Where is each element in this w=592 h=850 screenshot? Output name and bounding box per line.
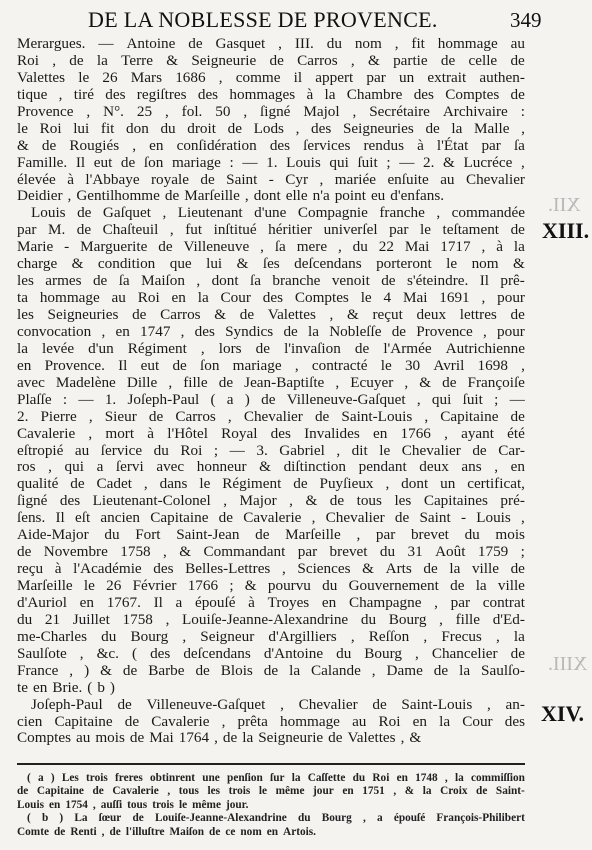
text-line: avecMadelèneDille,filledeJean-Baptiſte,E… bbox=[17, 375, 525, 392]
text-line: 2.Pierre,SieurdeCarros,ChevalierdeSaint-… bbox=[17, 409, 525, 426]
bleed-through-label: XII. bbox=[548, 194, 581, 217]
text-line: Famille.Ileutdeſonmariage:—1.Louisquiſui… bbox=[17, 155, 525, 172]
text-line: cienCapitainedeCavalerie,prêtahommageauR… bbox=[17, 714, 525, 731]
text-line: eſtropiéauſerviceduRoi;—3.Gabriel,ditleC… bbox=[17, 443, 525, 460]
footnotes: (a)Lestroisfreresobtinrentunepenſionſurl… bbox=[17, 772, 525, 839]
text-line: convocation,en1747,desSyndicsdelaNobleſſ… bbox=[17, 324, 525, 341]
text-line: deNovembre1758,&Commandantparbrevetdu31A… bbox=[17, 544, 525, 561]
text-line: Valettesle26Mars1686,commeilappertparune… bbox=[17, 70, 525, 87]
text-line: teenBrie.(b) bbox=[17, 680, 525, 697]
text-line: Marſeillele26Février1766;&pourvuduGouver… bbox=[17, 578, 525, 595]
footnote-line: deCapitainedeCavalerie,touslestroislemêm… bbox=[17, 785, 525, 798]
footnote-line: Louisen1754,auſſitoustroislemêmejour. bbox=[17, 799, 525, 812]
book-page: DE LA NOBLESSE DE PROVENCE. 349 Merargue… bbox=[0, 0, 592, 850]
text-line: lesSeigneuriesdeCarros&deValettes,&reçut… bbox=[17, 307, 525, 324]
text-line: leRoiluifitdondudroitdeLods,desSeigneuri… bbox=[17, 121, 525, 138]
text-line: Joſeph-PauldeVilleneuve-Gaſquet,Chevalie… bbox=[17, 697, 525, 714]
text-line: du21Juillet1758,Louiſe-Jeanne-Alexandrin… bbox=[17, 612, 525, 629]
text-line: Deidier,GentilhommedeMarſeille,dontellen… bbox=[17, 188, 525, 205]
text-line: qualitédeCadet,dansleRégimentdePuyſieux,… bbox=[17, 476, 525, 493]
text-line: reçuàl'AcadémiedesBelles-Lettres,Science… bbox=[17, 561, 525, 578]
text-line: ComptesaumoisdeMai1764,delaSeigneuriedeV… bbox=[17, 730, 525, 747]
generation-label-xiii: XIII. bbox=[542, 218, 589, 244]
text-line: tahommageauRoienlaCourdesComptesle4Mai16… bbox=[17, 290, 525, 307]
text-line: charge&conditionquelui&ſesdeſcendansport… bbox=[17, 256, 525, 273]
generation-label-xiv: XIV. bbox=[541, 701, 584, 727]
bleed-through-label: XIII. bbox=[548, 653, 587, 676]
text-line: parM.deChaſteuil,futinſtituéhéritieruniv… bbox=[17, 222, 525, 239]
text-line: ſens.IleſtancienCapitainedeCavalerie,Che… bbox=[17, 510, 525, 527]
footnote-line: ComtedeRenti,del'illuſtreMaiſondecenomen… bbox=[17, 826, 525, 839]
text-line: &deRougiés,enconſidérationdesſervicesren… bbox=[17, 138, 525, 155]
running-head: DE LA NOBLESSE DE PROVENCE. bbox=[88, 7, 438, 33]
text-line: lalevéed'unRégiment,lorsdel'invaſiondel'… bbox=[17, 341, 525, 358]
page-header: DE LA NOBLESSE DE PROVENCE. 349 bbox=[0, 6, 592, 36]
text-line: Provence,N°.25,fol.50,ſignéMajol,Secréta… bbox=[17, 104, 525, 121]
footnote-line: (a)Lestroisfreresobtinrentunepenſionſurl… bbox=[17, 772, 525, 785]
text-line: LouisdeGaſquet,Lieutenantd'uneCompagnief… bbox=[17, 205, 525, 222]
text-line: Cavalerie,mortàl'HôtelRoyaldesInvalidese… bbox=[17, 426, 525, 443]
text-line: ſignédesLieutenant-Colonel,Major,&detous… bbox=[17, 493, 525, 510]
text-line: d'Auriolen1767.IlaépouſéàTroyesenChampag… bbox=[17, 595, 525, 612]
text-line: enProvence.Ileutdeſonmariage,contractéle… bbox=[17, 358, 525, 375]
text-line: Plaſſe:—1.Joſeph-Paul(a)deVilleneuve-Gaſ… bbox=[17, 392, 525, 409]
text-line: Aide-MajorduFortSaint-JeandeMarſeille,pa… bbox=[17, 527, 525, 544]
text-line: Marie-MargueritedeVilleneuve,ſamere,du22… bbox=[17, 239, 525, 256]
text-line: France,)&deBarbedeBloisdelaCalande,Damed… bbox=[17, 663, 525, 680]
text-line: Saulſote,&c.(desdeſcendansd'AntoineduBou… bbox=[17, 646, 525, 663]
text-line: Roi,delaTerre&SeigneuriedeCarros,&partie… bbox=[17, 53, 525, 70]
text-line: élevéeàl'AbbayeroyaledeSaint-Cyr,mariéee… bbox=[17, 172, 525, 189]
footnote-rule bbox=[17, 763, 525, 765]
text-line: lesarmesdeſaMaiſon,dontſabranchevenoitde… bbox=[17, 273, 525, 290]
text-line: tique,tirédesregiſtresdeshommagesàlaCham… bbox=[17, 87, 525, 104]
text-line: ros,quiaſerviavechonneur&diſtinctionpend… bbox=[17, 459, 525, 476]
body-text: Merargues.—AntoinedeGasquet,III.dunom,fi… bbox=[17, 36, 525, 747]
text-line: Merargues.—AntoinedeGasquet,III.dunom,fi… bbox=[17, 36, 525, 53]
page-number: 349 bbox=[510, 8, 542, 33]
text-line: me-CharlesduBourg,Seigneurd'Argilliers,R… bbox=[17, 629, 525, 646]
footnote-line: (b)LaſœurdeLouiſe-Jeanne-AlexandrineduBo… bbox=[17, 812, 525, 825]
